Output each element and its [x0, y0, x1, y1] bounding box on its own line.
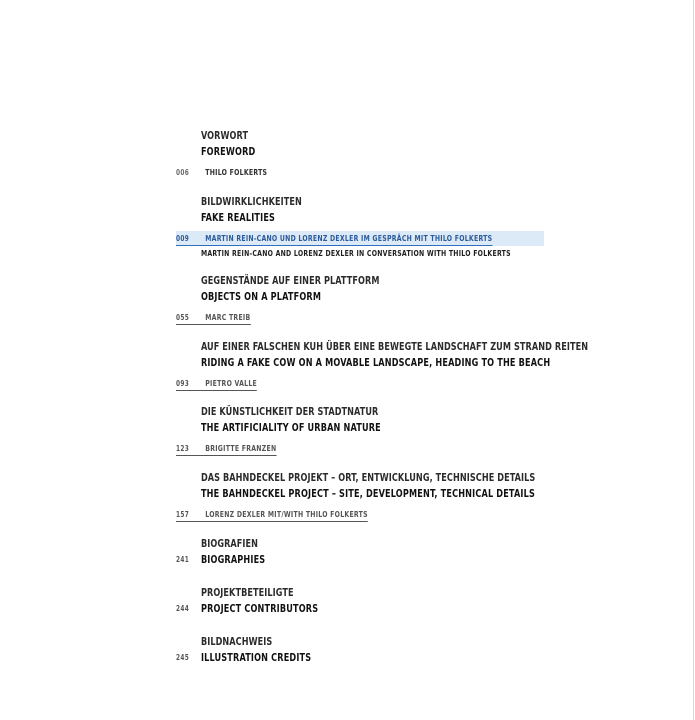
page-number: 157 [176, 509, 205, 521]
toc-entry-biographies: BIOGRAFIEN BIOGRAPHIES 241 [176, 536, 656, 568]
title-en: THE BAHNDECKEL PROJECT – SITE, DEVELOPME… [176, 486, 535, 502]
title-en: ILLUSTRATION CREDITS [176, 650, 589, 666]
author: THILO FOLKERTS [205, 168, 267, 177]
title-en: THE ARTIFICIALITY OF URBAN NATURE [176, 420, 381, 436]
author: BRIGITTE FRANZEN [205, 444, 276, 453]
page-number: 245 [176, 650, 189, 666]
title-de: BILDWIRKLICHKEITEN [176, 194, 511, 210]
toc-entry-foreword: VORWORT FOREWORD 006THILO FOLKERTS [176, 128, 282, 180]
toc-entry-project-contributors: PROJEKTBETEILIGTE PROJECT CONTRIBUTORS 2… [176, 585, 656, 617]
title-de: PROJEKTBETEILIGTE [176, 585, 589, 601]
author-link[interactable]: 009MARTIN REIN-CANO UND LORENZ DEXLER IM… [176, 231, 544, 246]
toc-entry-illustration-credits: BILDNACHWEIS ILLUSTRATION CREDITS 245 [176, 634, 656, 666]
author: MARC TREIB [205, 313, 250, 322]
page-edge [693, 0, 694, 720]
title-de: VORWORT [176, 128, 267, 144]
page-number: 241 [176, 552, 189, 568]
author-row: 006THILO FOLKERTS [176, 165, 282, 180]
toc-entry-objects-on-a-platform: GEGENSTÄNDE AUF EINER PLATTFORM OBJECTS … [176, 273, 413, 325]
page-number: 244 [176, 601, 189, 617]
page-number: 123 [176, 443, 205, 455]
title-de: BILDNACHWEIS [176, 634, 589, 650]
title-de: DIE KÜNSTLICHKEIT DER STADTNATUR [176, 404, 381, 420]
toc-entry-riding-a-fake-cow: AUF EINER FALSCHEN KUH ÜBER EINE BEWEGTE… [176, 339, 655, 391]
toc-entry-artificiality: DIE KÜNSTLICHKEIT DER STADTNATUR THE ART… [176, 404, 414, 456]
author-link[interactable]: 055MARC TREIB [176, 310, 263, 325]
title-en: PROJECT CONTRIBUTORS [176, 601, 589, 617]
author: MARTIN REIN-CANO UND LORENZ DEXLER IM GE… [205, 234, 492, 243]
title-en-text: BIOGRAPHIES [201, 554, 265, 566]
toc-entry-bahndeckel-project: DAS BAHNDECKEL PROJEKT – ORT, ENTWICKLUN… [176, 470, 594, 522]
page-number: 009 [176, 233, 205, 245]
title-en: BIOGRAPHIES [176, 552, 589, 568]
author-link[interactable]: 123BRIGITTE FRANZEN [176, 441, 293, 456]
title-en-text: PROJECT CONTRIBUTORS [201, 603, 318, 615]
title-en: RIDING A FAKE COW ON A MOVABLE LANDSCAPE… [176, 355, 588, 371]
author-link[interactable]: 157LORENZ DEXLER MIT/WITH THILO FOLKERTS [176, 507, 399, 522]
title-de: AUF EINER FALSCHEN KUH ÜBER EINE BEWEGTE… [176, 339, 588, 355]
page-number: 093 [176, 378, 205, 390]
title-en: OBJECTS ON A PLATFORM [176, 289, 380, 305]
page-number: 006 [176, 165, 205, 180]
title-de: GEGENSTÄNDE AUF EINER PLATTFORM [176, 273, 380, 289]
author: PIETRO VALLE [205, 379, 257, 388]
author-en: MARTIN REIN-CANO AND LORENZ DEXLER IN CO… [176, 246, 511, 261]
title-de: BIOGRAFIEN [176, 536, 589, 552]
author: LORENZ DEXLER MIT/WITH THILO FOLKERTS [205, 510, 368, 519]
title-en: FAKE REALITIES [176, 210, 511, 226]
title-en: FOREWORD [176, 144, 267, 160]
toc-entry-fake-realities: BILDWIRKLICHKEITEN FAKE REALITIES 009MAR… [176, 194, 565, 261]
title-de: DAS BAHNDECKEL PROJEKT – ORT, ENTWICKLUN… [176, 470, 535, 486]
title-en-text: ILLUSTRATION CREDITS [201, 652, 311, 664]
page-number: 055 [176, 312, 205, 324]
author-link[interactable]: 093PIETRO VALLE [176, 376, 270, 391]
